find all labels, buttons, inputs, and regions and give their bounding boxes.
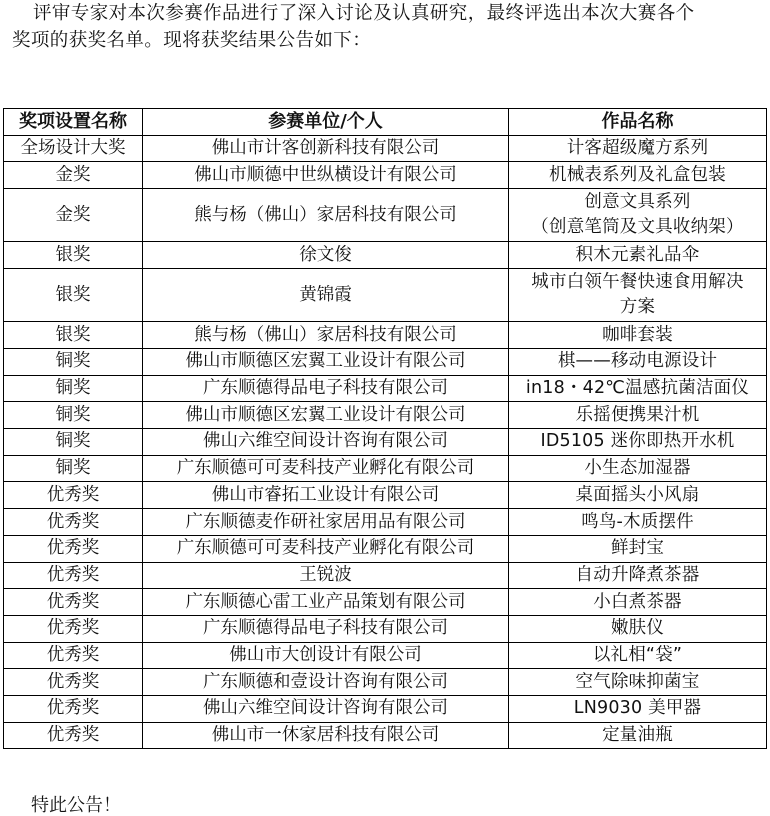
work-cell: 计客超级魔方系列 xyxy=(509,135,767,162)
award-cell: 优秀奖 xyxy=(4,695,143,722)
entrant-cell: 佛山市顺德区宏翼工业设计有限公司 xyxy=(143,402,509,429)
entrant-cell: 熊与杨（佛山）家居科技有限公司 xyxy=(143,189,509,242)
table-row: 铜奖 佛山市顺德区宏翼工业设计有限公司 棋——移动电源设计 xyxy=(4,349,767,376)
entrant-cell: 佛山市计客创新科技有限公司 xyxy=(143,135,509,162)
header-award-category: 奖项设置名称 xyxy=(4,109,143,136)
table-row: 全场设计大奖 佛山市计客创新科技有限公司 计客超级魔方系列 xyxy=(4,135,767,162)
entrant-cell: 广东顺德可可麦科技产业孵化有限公司 xyxy=(143,455,509,482)
work-cell: 鸣鸟-木质摆件 xyxy=(509,509,767,536)
work-cell: 桌面摇头小风扇 xyxy=(509,482,767,509)
award-cell: 优秀奖 xyxy=(4,589,143,616)
entrant-cell: 王锐波 xyxy=(143,562,509,589)
work-cell-line-1: 创意文具系列 xyxy=(511,190,764,215)
entrant-cell: 黄锦霞 xyxy=(143,269,509,322)
entrant-cell: 佛山市顺德区宏翼工业设计有限公司 xyxy=(143,349,509,376)
table-row: 银奖 熊与杨（佛山）家居科技有限公司 咖啡套装 xyxy=(4,322,767,349)
entrant-cell: 佛山市一休家居科技有限公司 xyxy=(143,722,509,749)
work-cell: 积木元素礼品伞 xyxy=(509,242,767,269)
entrant-cell: 佛山六维空间设计咨询有限公司 xyxy=(143,695,509,722)
work-cell: 城市白领午餐快速食用解决 方案 xyxy=(509,269,767,322)
table-row: 优秀奖 广东顺德心雷工业产品策划有限公司 小白煮茶器 xyxy=(4,589,767,616)
award-cell: 优秀奖 xyxy=(4,615,143,642)
table-header-row: 奖项设置名称 参赛单位/个人 作品名称 xyxy=(4,109,767,136)
entrant-cell: 广东顺德心雷工业产品策划有限公司 xyxy=(143,589,509,616)
work-cell: 嫩肤仪 xyxy=(509,615,767,642)
table-row: 铜奖 广东顺德得品电子科技有限公司 in18・42℃温感抗菌洁面仪 xyxy=(4,375,767,402)
work-cell-line-2: 方案 xyxy=(511,295,764,320)
table-row: 金奖 熊与杨（佛山）家居科技有限公司 创意文具系列 （创意笔筒及文具收纳架） xyxy=(4,189,767,242)
work-cell-line-2: （创意笔筒及文具收纳架） xyxy=(511,215,764,240)
entrant-cell: 广东顺德得品电子科技有限公司 xyxy=(143,375,509,402)
award-cell: 铜奖 xyxy=(4,455,143,482)
table-row: 优秀奖 佛山市睿拓工业设计有限公司 桌面摇头小风扇 xyxy=(4,482,767,509)
table-row: 银奖 徐文俊 积木元素礼品伞 xyxy=(4,242,767,269)
table-row: 优秀奖 广东顺德麦作研社家居用品有限公司 鸣鸟-木质摆件 xyxy=(4,509,767,536)
header-work-title: 作品名称 xyxy=(509,109,767,136)
table-row: 优秀奖 广东顺德得品电子科技有限公司 嫩肤仪 xyxy=(4,615,767,642)
work-cell: 以礼相“袋” xyxy=(509,642,767,669)
award-cell: 全场设计大奖 xyxy=(4,135,143,162)
table-row: 优秀奖 广东顺德可可麦科技产业孵化有限公司 鲜封宝 xyxy=(4,535,767,562)
entrant-cell: 广东顺德麦作研社家居用品有限公司 xyxy=(143,509,509,536)
award-cell: 优秀奖 xyxy=(4,509,143,536)
entrant-cell: 佛山市大创设计有限公司 xyxy=(143,642,509,669)
work-cell: 鲜封宝 xyxy=(509,535,767,562)
intro-paragraph: 评审专家对本次参赛作品进行了深入讨论及认真研究，最终评选出本次大赛各个奖项的获奖… xyxy=(12,0,712,54)
table-row: 金奖 佛山市顺德中世纵横设计有限公司 机械表系列及礼盒包装 xyxy=(4,162,767,189)
award-cell: 优秀奖 xyxy=(4,562,143,589)
table-row: 银奖 黄锦霞 城市白领午餐快速食用解决 方案 xyxy=(4,269,767,322)
award-cell: 银奖 xyxy=(4,242,143,269)
work-cell: ID5105 迷你即热开水机 xyxy=(509,429,767,456)
award-cell: 铜奖 xyxy=(4,402,143,429)
work-cell: 创意文具系列 （创意笔筒及文具收纳架） xyxy=(509,189,767,242)
table-row: 优秀奖 广东顺德和壹设计咨询有限公司 空气除味抑菌宝 xyxy=(4,669,767,696)
award-cell: 铜奖 xyxy=(4,429,143,456)
work-cell-line-1: 城市白领午餐快速食用解决 xyxy=(511,270,764,295)
entrant-cell: 徐文俊 xyxy=(143,242,509,269)
award-cell: 银奖 xyxy=(4,322,143,349)
award-cell: 优秀奖 xyxy=(4,722,143,749)
work-cell: LN9030 美甲器 xyxy=(509,695,767,722)
work-cell: 空气除味抑菌宝 xyxy=(509,669,767,696)
entrant-cell: 广东顺德可可麦科技产业孵化有限公司 xyxy=(143,535,509,562)
entrant-cell: 熊与杨（佛山）家居科技有限公司 xyxy=(143,322,509,349)
entrant-cell: 广东顺德得品电子科技有限公司 xyxy=(143,615,509,642)
table-row: 优秀奖 佛山市一休家居科技有限公司 定量油瓶 xyxy=(4,722,767,749)
header-entrant: 参赛单位/个人 xyxy=(143,109,509,136)
award-cell: 金奖 xyxy=(4,162,143,189)
work-cell: 小白煮茶器 xyxy=(509,589,767,616)
work-cell: 乐摇便携果汁机 xyxy=(509,402,767,429)
entrant-cell: 佛山六维空间设计咨询有限公司 xyxy=(143,429,509,456)
table-row: 铜奖 佛山六维空间设计咨询有限公司 ID5105 迷你即热开水机 xyxy=(4,429,767,456)
table-row: 优秀奖 王锐波 自动升降煮茶器 xyxy=(4,562,767,589)
work-cell: 棋——移动电源设计 xyxy=(509,349,767,376)
award-cell: 铜奖 xyxy=(4,349,143,376)
work-cell: in18・42℃温感抗菌洁面仪 xyxy=(509,375,767,402)
entrant-cell: 佛山市睿拓工业设计有限公司 xyxy=(143,482,509,509)
work-cell: 机械表系列及礼盒包装 xyxy=(509,162,767,189)
table-row: 优秀奖 佛山六维空间设计咨询有限公司 LN9030 美甲器 xyxy=(4,695,767,722)
entrant-cell: 佛山市顺德中世纵横设计有限公司 xyxy=(143,162,509,189)
table-row: 铜奖 广东顺德可可麦科技产业孵化有限公司 小生态加湿器 xyxy=(4,455,767,482)
award-cell: 优秀奖 xyxy=(4,669,143,696)
award-cell: 优秀奖 xyxy=(4,482,143,509)
work-cell: 自动升降煮茶器 xyxy=(509,562,767,589)
work-cell: 咖啡套装 xyxy=(509,322,767,349)
work-cell: 定量油瓶 xyxy=(509,722,767,749)
table-row: 优秀奖 佛山市大创设计有限公司 以礼相“袋” xyxy=(4,642,767,669)
award-cell: 金奖 xyxy=(4,189,143,242)
award-cell: 银奖 xyxy=(4,269,143,322)
entrant-cell: 广东顺德和壹设计咨询有限公司 xyxy=(143,669,509,696)
award-cell: 优秀奖 xyxy=(4,642,143,669)
work-cell: 小生态加湿器 xyxy=(509,455,767,482)
table-row: 铜奖 佛山市顺德区宏翼工业设计有限公司 乐摇便携果汁机 xyxy=(4,402,767,429)
award-cell: 铜奖 xyxy=(4,375,143,402)
award-cell: 优秀奖 xyxy=(4,535,143,562)
closing-statement: 特此公告！ xyxy=(31,794,121,816)
awards-table: 奖项设置名称 参赛单位/个人 作品名称 全场设计大奖 佛山市计客创新科技有限公司… xyxy=(3,108,767,749)
